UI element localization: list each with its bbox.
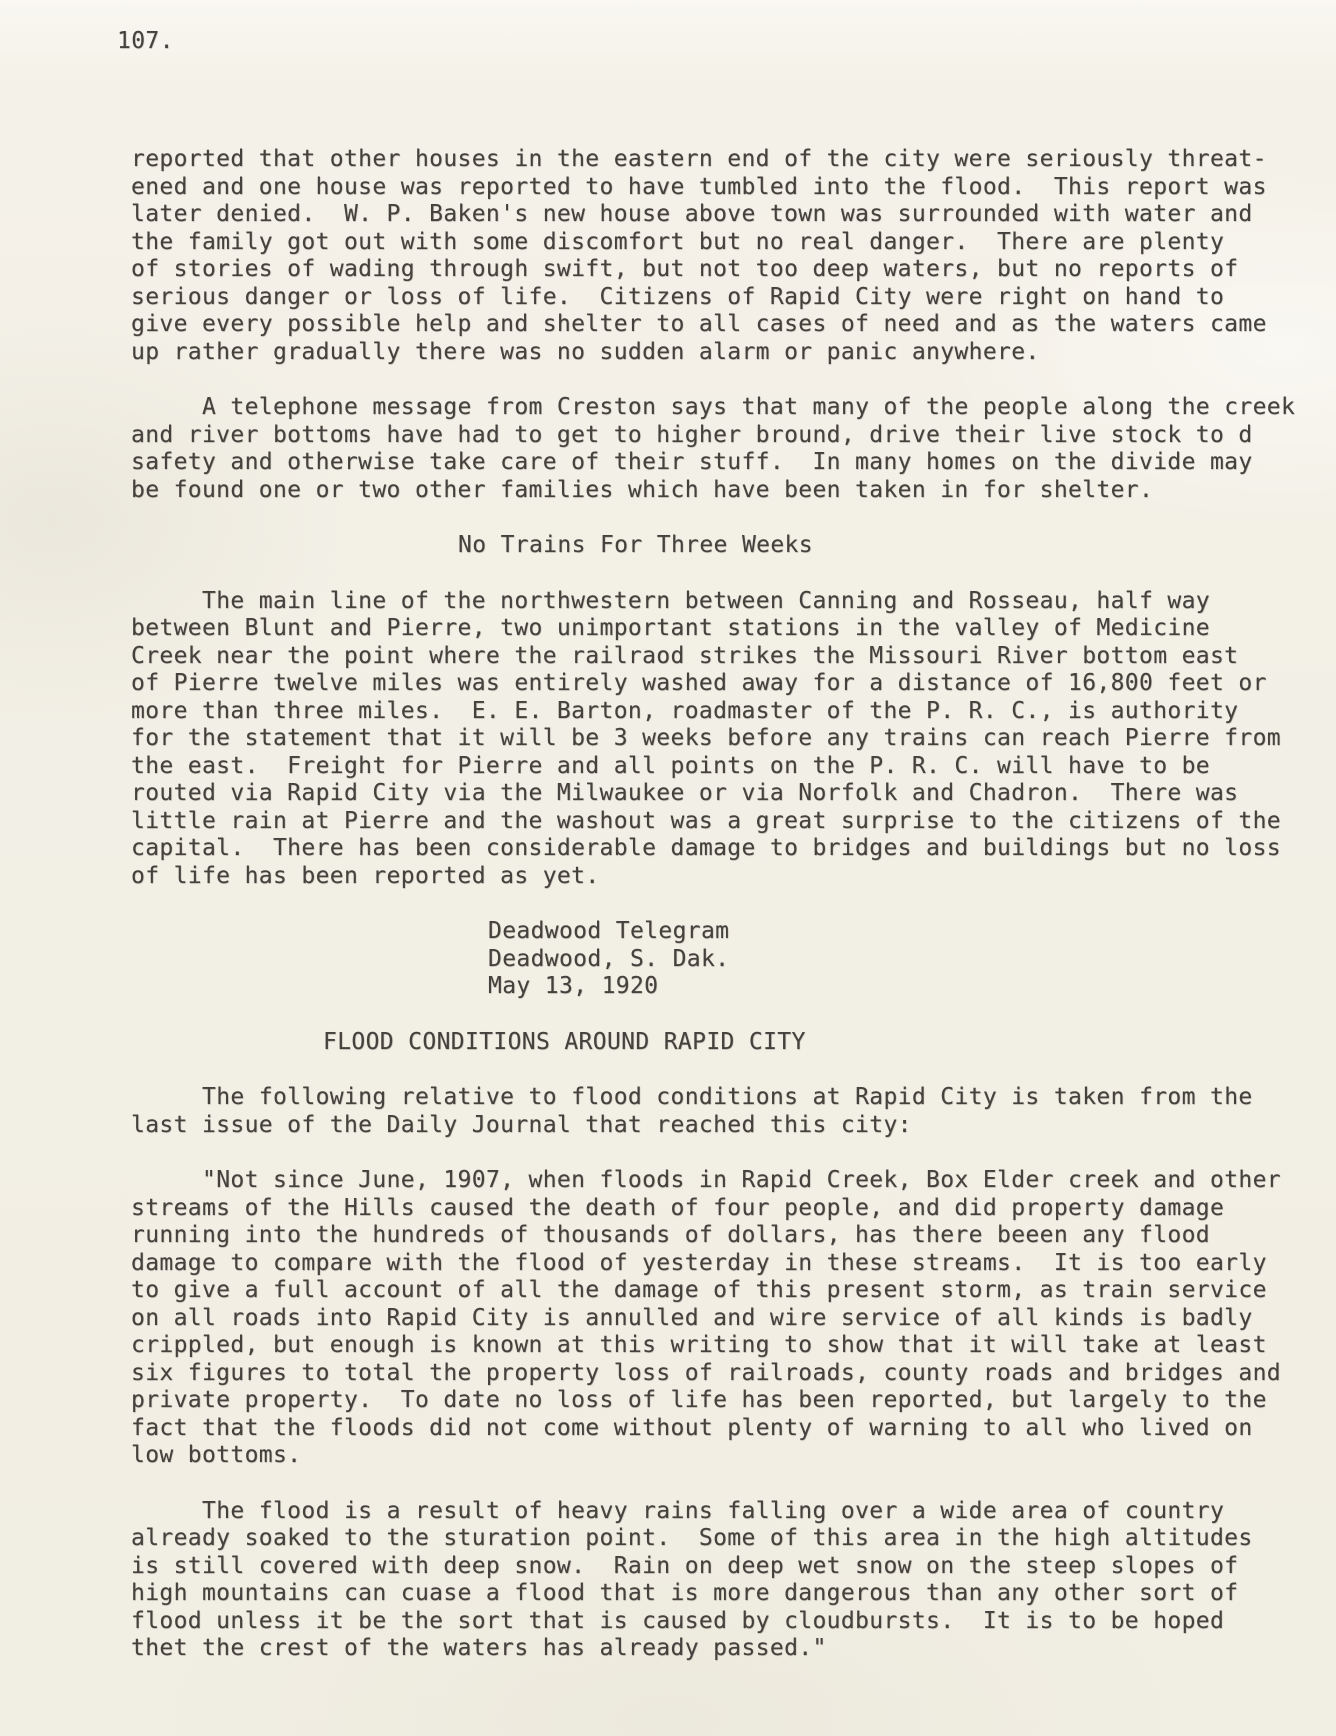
heading-flood-conditions-around-rapid-city: FLOOD CONDITIONS AROUND RAPID CITY <box>323 1029 1301 1057</box>
citation-deadwood-telegram: Deadwood Telegram Deadwood, S. Dak. May … <box>488 918 1301 1001</box>
paragraph-flood-cause-heavy-rains: The flood is a result of heavy rains fal… <box>131 1498 1301 1663</box>
paragraph-creston-telephone-message: A telephone message from Creston says th… <box>131 394 1301 504</box>
paragraph-flood-report-continued: reported that other houses in the easter… <box>131 146 1301 366</box>
heading-no-trains-for-three-weeks: No Trains For Three Weeks <box>458 532 1301 560</box>
document-body: reported that other houses in the easter… <box>131 146 1301 1691</box>
page-number: 107. <box>117 28 174 56</box>
paragraph-not-since-1907: "Not since June, 1907, when floods in Ra… <box>131 1167 1301 1470</box>
document-page: 107. reported that other houses in the e… <box>0 0 1336 1736</box>
paragraph-main-line-washout: The main line of the northwestern betwee… <box>131 588 1301 891</box>
paragraph-daily-journal-intro: The following relative to flood conditio… <box>131 1084 1301 1139</box>
